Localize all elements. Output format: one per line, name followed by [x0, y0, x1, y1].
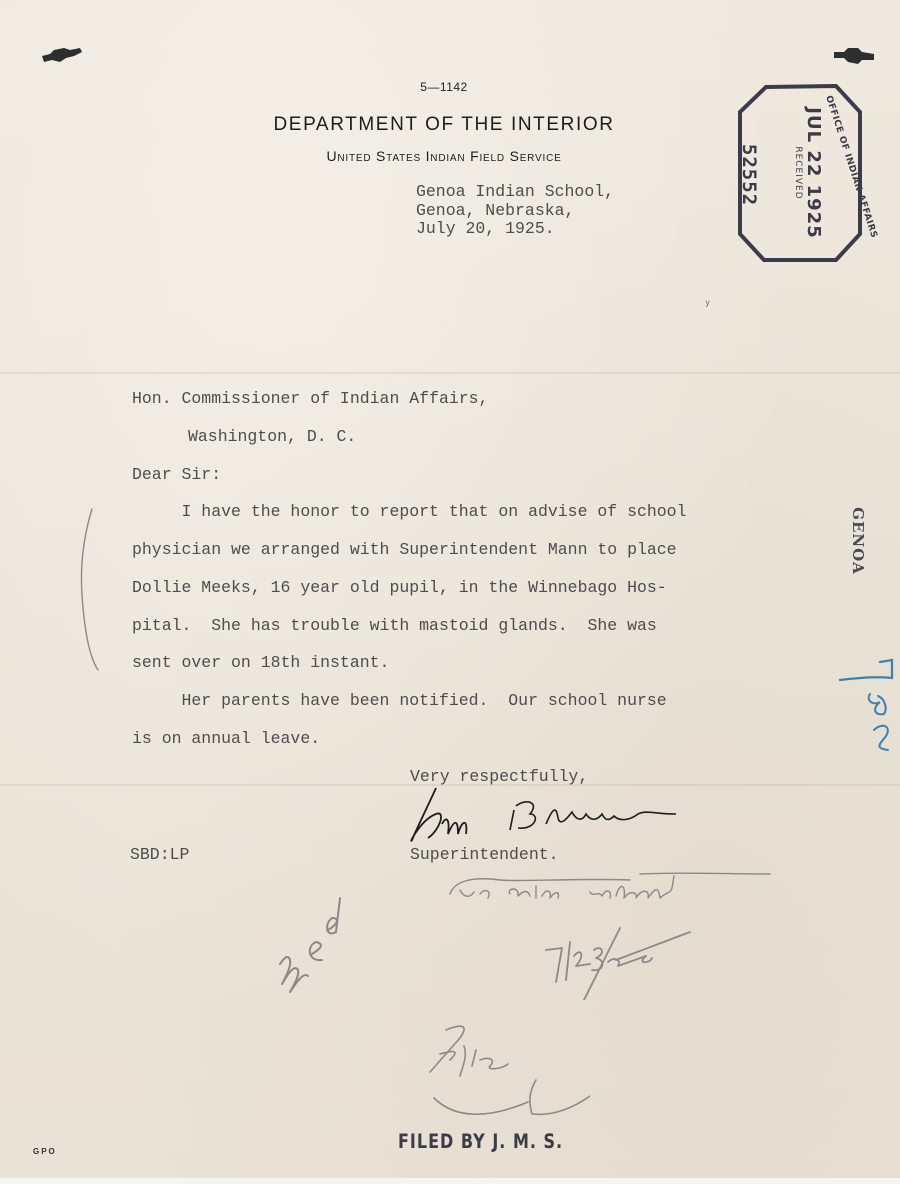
received-stamp: JUL 22 1925 RECEIVED 52552 OFFICE OF IND…: [736, 84, 862, 262]
letter-date: July 20, 1925.: [416, 219, 555, 238]
stamp-number: 52552: [738, 110, 760, 240]
body-line: sent over on 18th instant.: [132, 653, 389, 672]
recipient-line1: Hon. Commissioner of Indian Affairs,: [132, 389, 488, 408]
body-line: Her parents have been notified. Our scho…: [132, 691, 667, 710]
sender-address-line1: Genoa Indian School,: [416, 182, 614, 201]
annotation-date-7-23-25: [540, 920, 700, 1000]
side-stamp-genoa: GENOA: [836, 512, 876, 572]
punch-hole-icon: [832, 46, 876, 66]
margin-number-blue-pencil: [836, 656, 900, 756]
body-line: is on annual leave.: [132, 729, 320, 748]
side-stamp-text: GENOA: [849, 507, 867, 575]
filed-by-stamp: FILED BY J. M. S.: [398, 1130, 563, 1153]
signer-title: Superintendent.: [410, 845, 559, 864]
printer-mark: GPO: [33, 1147, 57, 1156]
stamp-status: RECEIVED: [793, 103, 803, 243]
annotation-no-action-indicated: [440, 868, 780, 908]
salutation: Dear Sir:: [132, 465, 221, 484]
stray-mark: ʸ: [704, 298, 711, 312]
punch-hole-icon: [40, 44, 84, 66]
annotation-file: [420, 1020, 590, 1130]
annotation-med: [266, 884, 376, 1004]
stamp-text-block: JUL 22 1925 RECEIVED: [773, 103, 823, 243]
sender-address-line2: Genoa, Nebraska,: [416, 201, 574, 220]
body-line: I have the honor to report that on advis…: [132, 502, 687, 521]
paper-fold-line: [0, 372, 900, 374]
body-line: pital. She has trouble with mastoid glan…: [132, 616, 657, 635]
margin-bracket-pencil-mark: [76, 505, 106, 675]
signature-scrawl: [406, 780, 706, 850]
body-line: Dollie Meeks, 16 year old pupil, in the …: [132, 578, 667, 597]
paper-bottom-edge: [0, 1178, 900, 1184]
recipient-line2: Washington, D. C.: [188, 427, 356, 446]
body-line: physician we arranged with Superintenden…: [132, 540, 677, 559]
reference-initials: SBD:LP: [130, 845, 189, 864]
stamp-date: JUL 22 1925: [803, 103, 823, 243]
